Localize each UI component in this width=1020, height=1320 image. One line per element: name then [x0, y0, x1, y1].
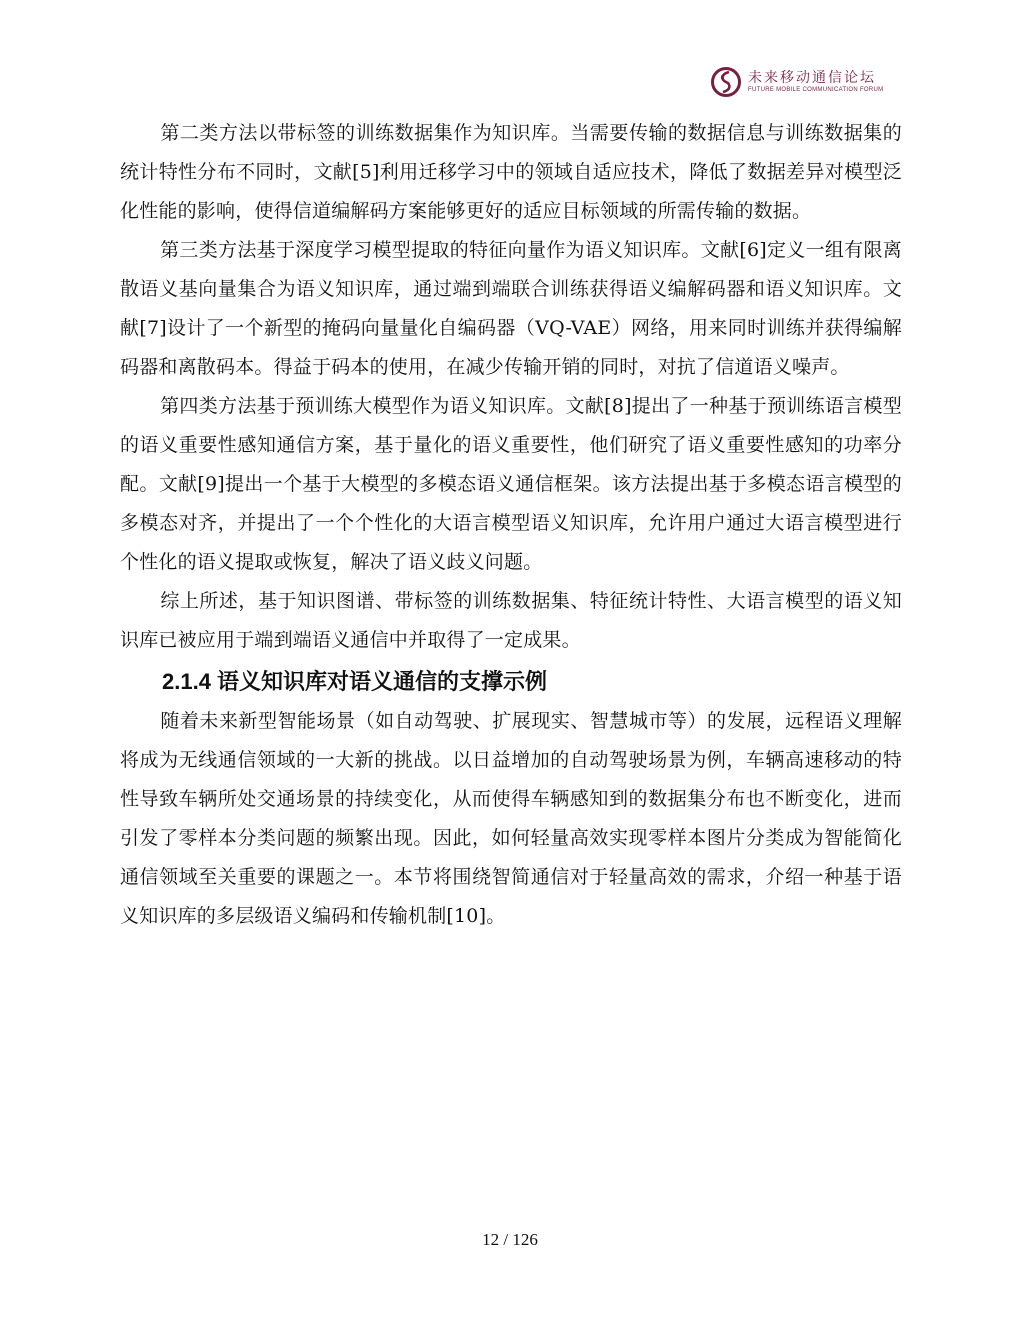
page-number: 12 / 126	[0, 1230, 1020, 1250]
paragraph-method-4: 第四类方法基于预训练大模型作为语义知识库。文献[8]提出了一种基于预训练语言模型…	[120, 387, 902, 582]
header-logo: 未来移动通信论坛 FUTURE MOBILE COMMUNICATION FOR…	[710, 66, 883, 98]
logo-english-text: FUTURE MOBILE COMMUNICATION FORUM	[748, 86, 883, 94]
logo-chinese-text: 未来移动通信论坛	[748, 70, 883, 86]
paragraph-section-intro: 随着未来新型智能场景（如自动驾驶、扩展现实、智慧城市等）的发展，远程语义理解将成…	[120, 702, 902, 936]
paragraph-method-2: 第二类方法以带标签的训练数据集作为知识库。当需要传输的数据信息与训练数据集的统计…	[120, 114, 902, 231]
document-body: 第二类方法以带标签的训练数据集作为知识库。当需要传输的数据信息与训练数据集的统计…	[120, 114, 902, 936]
forum-logo-icon	[710, 66, 742, 98]
paragraph-summary: 综上所述，基于知识图谱、带标签的训练数据集、特征统计特性、大语言模型的语义知识库…	[120, 582, 902, 660]
paragraph-method-3: 第三类方法基于深度学习模型提取的特征向量作为语义知识库。文献[6]定义一组有限离…	[120, 231, 902, 387]
section-heading: 2.1.4 语义知识库对语义通信的支撑示例	[162, 664, 902, 700]
